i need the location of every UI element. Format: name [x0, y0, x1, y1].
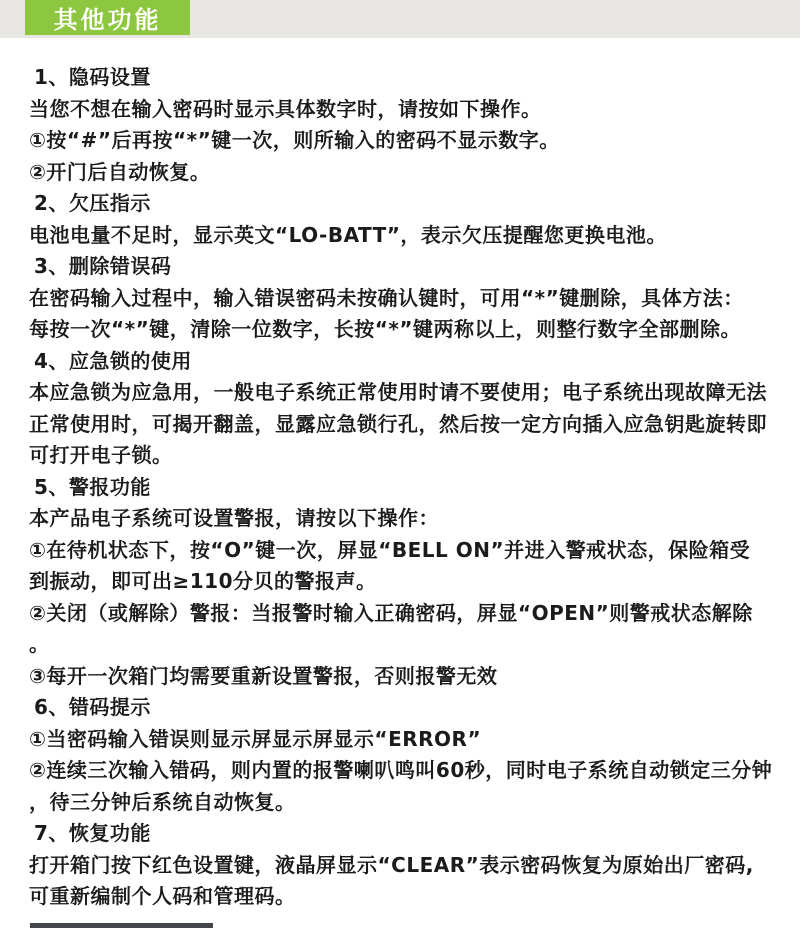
- text-line: 电池电量不足时，显示英文“LO-BATT”，表示欠压提醒您更换电池。: [29, 220, 774, 252]
- section-title-badge: 其他功能: [25, 0, 190, 35]
- text-line: 。: [29, 629, 774, 661]
- text-line: ②开门后自动恢复。: [29, 157, 774, 189]
- manual-body: 1、隐码设置当您不想在输入密码时显示具体数字时，请按如下操作。①按“#”后再按“…: [0, 38, 800, 913]
- section-heading: 5、警报功能: [29, 472, 774, 504]
- text-line: 本产品电子系统可设置警报，请按以下操作：: [29, 503, 774, 535]
- text-line: 每按一次“*”键，清除一位数字，长按“*”键两称以上，则整行数字全部删除。: [29, 314, 774, 346]
- header-strip: 其他功能: [0, 0, 800, 38]
- manual-page: 其他功能 1、隐码设置当您不想在输入密码时显示具体数字时，请按如下操作。①按“#…: [0, 0, 800, 913]
- text-line: ②关闭（或解除）警报：当报警时输入正确密码，屏显“OPEN”则警戒状态解除: [29, 598, 774, 630]
- section-heading: 1、隐码设置: [29, 62, 774, 94]
- text-line: ③每开一次箱门均需要重新设置警报，否则报警无效: [29, 661, 774, 693]
- text-line: ，待三分钟后系统自动恢复。: [29, 787, 774, 819]
- section-heading: 7、恢复功能: [29, 818, 774, 850]
- next-section-bar-fragment: [30, 923, 213, 928]
- section-heading: 2、欠压指示: [29, 188, 774, 220]
- text-line: ①在待机状态下，按“O”键一次，屏显“BELL ON”并进入警戒状态，保险箱受: [29, 535, 774, 567]
- text-line: 可打开电子锁。: [29, 440, 774, 472]
- text-line: ①按“#”后再按“*”键一次，则所输入的密码不显示数字。: [29, 125, 774, 157]
- page-title: 其他功能: [54, 0, 162, 35]
- text-line: 本应急锁为应急用，一般电子系统正常使用时请不要使用；电子系统出现故障无法: [29, 377, 774, 409]
- section-heading: 3、删除错误码: [29, 251, 774, 283]
- text-line: 到振动，即可出≥110分贝的警报声。: [29, 566, 774, 598]
- text-line: 在密码输入过程中，输入错误密码未按确认键时，可用“*”键删除，具体方法：: [29, 283, 774, 315]
- text-line: 打开箱门按下红色设置键，液晶屏显示“CLEAR”表示密码恢复为原始出厂密码,: [29, 850, 774, 882]
- text-line: ②连续三次输入错码，则内置的报警喇叭鸣叫60秒，同时电子系统自动锁定三分钟: [29, 755, 774, 787]
- section-heading: 4、应急锁的使用: [29, 346, 774, 378]
- text-line: 当您不想在输入密码时显示具体数字时，请按如下操作。: [29, 94, 774, 126]
- text-line: 可重新编制个人码和管理码。: [29, 881, 774, 913]
- text-line: ①当密码输入错误则显示屏显示屏显示“ERROR”: [29, 724, 774, 756]
- text-line: 正常使用时，可揭开翻盖，显露应急锁行孔，然后按一定方向插入应急钥匙旋转即: [29, 409, 774, 441]
- section-heading: 6、错码提示: [29, 692, 774, 724]
